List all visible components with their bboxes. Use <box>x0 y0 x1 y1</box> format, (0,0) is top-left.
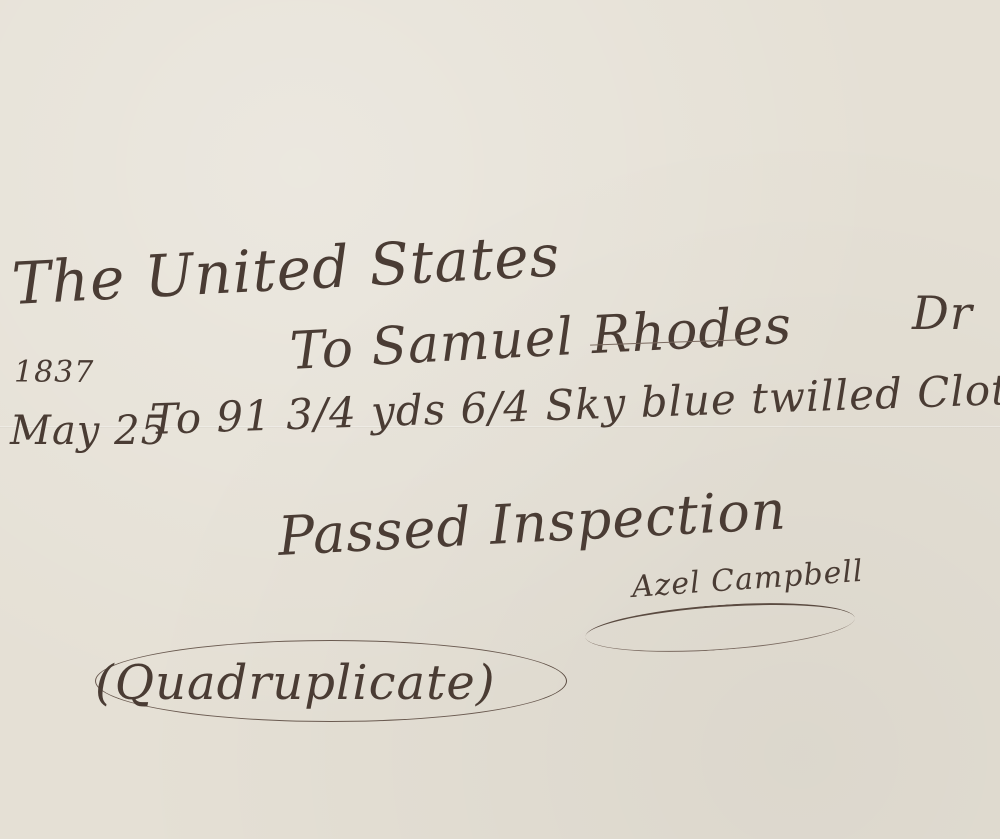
copy-note: (Quadruplicate) <box>95 655 496 711</box>
entry-date: May 25 <box>10 408 167 454</box>
debtor-mark: Dr <box>912 286 973 340</box>
document-year: 1837 <box>14 355 94 390</box>
